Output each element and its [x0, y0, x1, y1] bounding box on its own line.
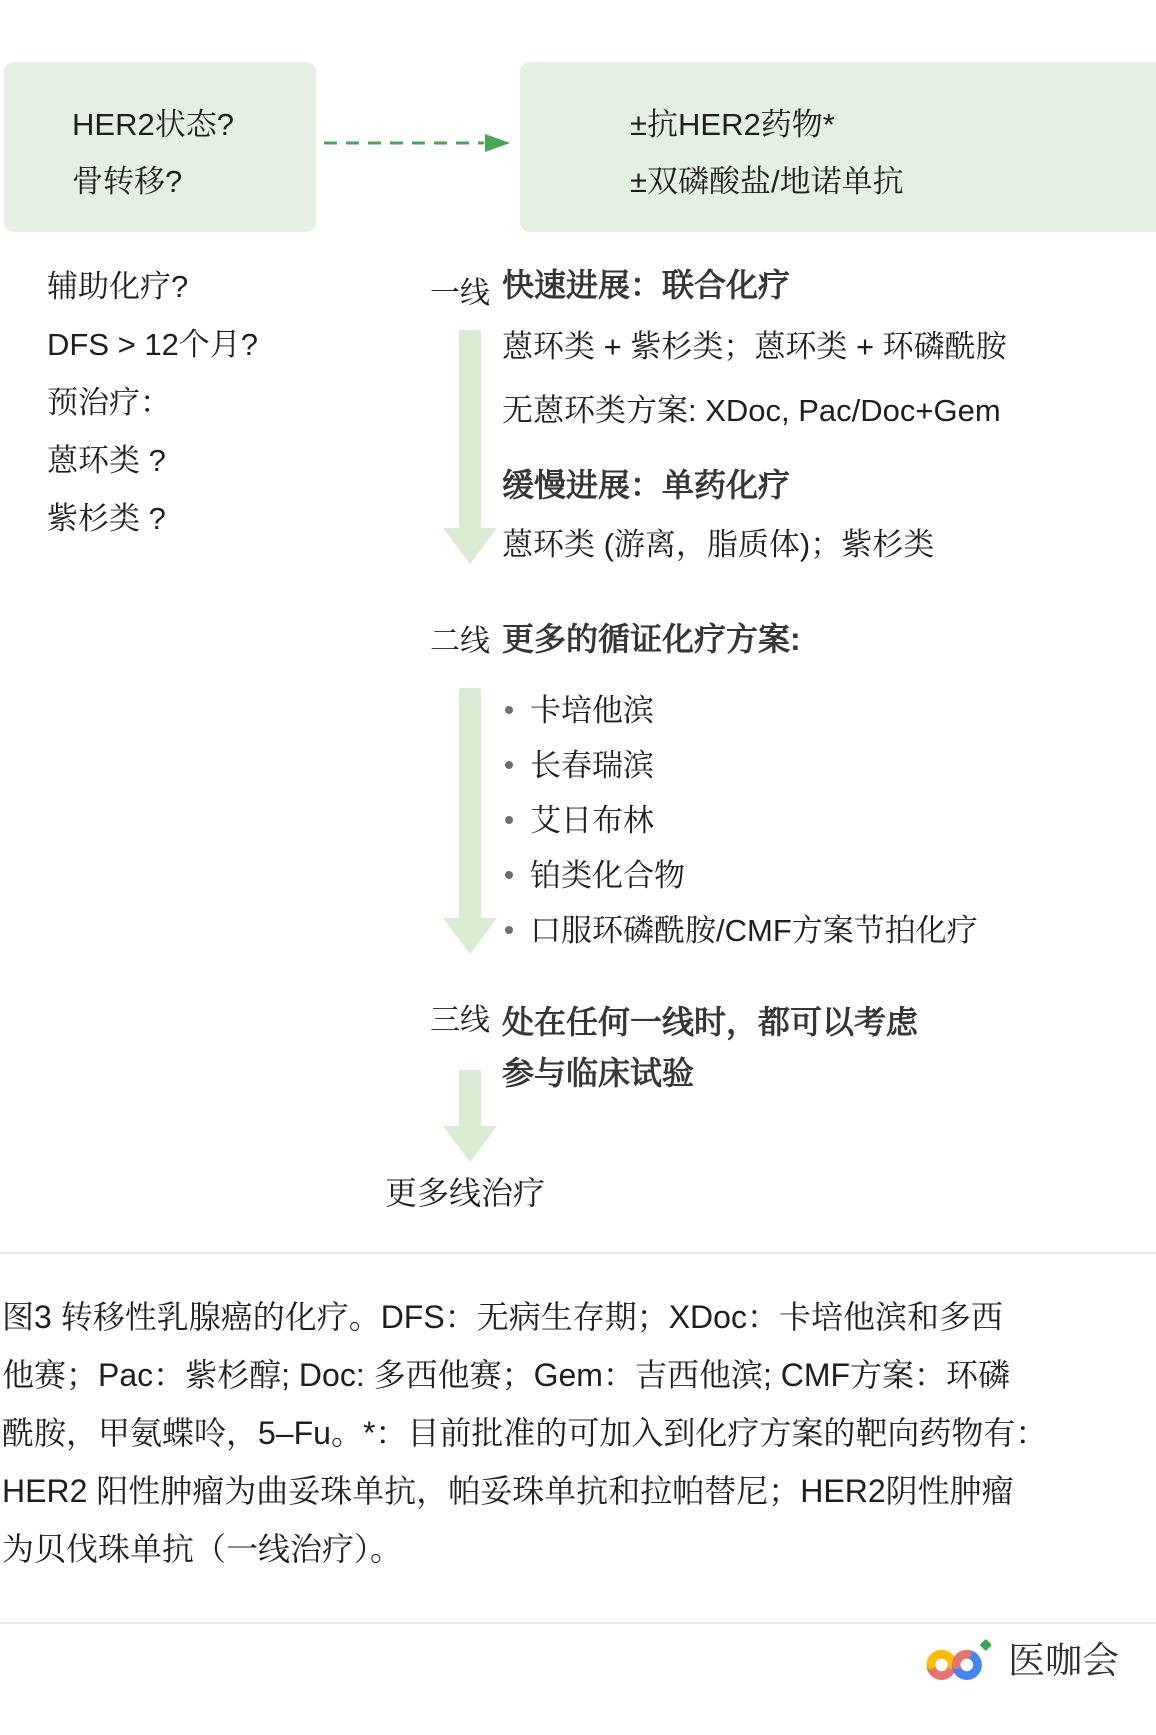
caption-line: 他赛；Pac：紫杉醇; Doc: 多西他赛；Gem：吉西他滨; CMF方案：环磷	[2, 1346, 1047, 1404]
caption-divider	[0, 1252, 1156, 1254]
bone-metastasis-line: 骨转移?	[72, 153, 316, 210]
option-label: 铂类化合物	[530, 855, 685, 897]
more-lines-label: 更多线治疗	[385, 1172, 545, 1214]
stage-label-second-line: 二线	[430, 624, 490, 660]
her2-status-line: HER2状态?	[72, 96, 316, 153]
clinical-trial-note-line2: 参与临床试验	[502, 1048, 918, 1099]
stage-label-first-line: 一线	[430, 276, 490, 312]
clinical-trial-note: 处在任何一线时，都可以考虑 参与临床试验	[502, 997, 918, 1099]
down-arrow-1-head-icon	[443, 528, 497, 564]
fast-regimen-1: 蒽环类 + 紫杉类；蒽环类 + 环磷酰胺	[502, 326, 1007, 368]
footer-divider	[0, 1622, 1156, 1624]
her2-status-box: HER2状态? 骨转移?	[4, 62, 316, 232]
anti-her2-box: ±抗HER2药物* ±双磷酸盐/地诺单抗	[520, 62, 1156, 232]
brand-logo: 医咖会	[925, 1638, 1119, 1684]
evidence-based-options-header: 更多的循证化疗方案:	[502, 618, 801, 660]
bisphosphonate-line: ±双磷酸盐/地诺单抗	[630, 153, 1156, 210]
slow-progression-header: 缓慢进展：单药化疗	[502, 464, 790, 506]
caption-line: HER2 阳性肿瘤为曲妥珠单抗，帕妥珠单抗和拉帕替尼；HER2阴性肿瘤	[2, 1462, 1047, 1520]
question-item: 预治疗：	[47, 374, 258, 432]
fast-regimen-2: 无蒽环类方案: XDoc, Pac/Doc+Gem	[502, 390, 1001, 432]
option-item: 艾日布林	[505, 800, 654, 842]
option-item: 口服环磷酰胺/CMF方案节拍化疗	[505, 910, 978, 952]
bullet-dot-icon	[505, 706, 513, 714]
question-item: 辅助化疗?	[47, 258, 258, 316]
dashed-right-arrow-icon	[322, 130, 512, 156]
question-item: 蒽环类 ?	[47, 432, 258, 490]
bullet-dot-icon	[505, 816, 513, 824]
stage-label-third-line: 三线	[430, 1003, 490, 1039]
option-label: 长春瑞滨	[530, 745, 654, 787]
option-label: 艾日布林	[530, 800, 654, 842]
question-item: 紫杉类 ?	[47, 490, 258, 548]
question-list: 辅助化疗? DFS > 12个月? 预治疗： 蒽环类 ? 紫杉类 ?	[47, 258, 258, 548]
down-arrow-3-icon	[459, 1070, 481, 1126]
option-item: 铂类化合物	[505, 855, 685, 897]
bullet-dot-icon	[505, 871, 513, 879]
option-label: 卡培他滨	[530, 690, 654, 732]
brand-name: 医咖会	[1008, 1638, 1119, 1684]
option-label: 口服环磷酰胺/CMF方案节拍化疗	[530, 910, 978, 952]
down-arrow-2-icon	[459, 688, 481, 918]
brand-infinity-icon	[925, 1638, 995, 1684]
bullet-dot-icon	[505, 926, 513, 934]
figure-caption: 图3 转移性乳腺癌的化疗。DFS：无病生存期；XDoc：卡培他滨和多西 他赛；P…	[2, 1288, 1047, 1578]
anti-her2-line: ±抗HER2药物*	[630, 96, 1156, 153]
clinical-trial-note-line1: 处在任何一线时，都可以考虑	[502, 997, 918, 1048]
caption-line: 为贝伐珠单抗（一线治疗）。	[2, 1520, 1047, 1578]
option-item: 卡培他滨	[505, 690, 654, 732]
bullet-dot-icon	[505, 761, 513, 769]
caption-line: 酰胺，甲氨蝶呤，5–Fu。*：目前批准的可加入到化疗方案的靶向药物有：	[2, 1404, 1047, 1462]
down-arrow-3-head-icon	[443, 1126, 497, 1162]
down-arrow-1-icon	[459, 330, 481, 528]
fast-progression-header: 快速进展：联合化疗	[502, 264, 790, 306]
figure-canvas: HER2状态? 骨转移? ±抗HER2药物* ±双磷酸盐/地诺单抗 辅助化疗? …	[0, 0, 1156, 1735]
slow-regimen: 蒽环类 (游离，脂质体)；紫杉类	[502, 524, 934, 566]
question-item: DFS > 12个月?	[47, 316, 258, 374]
down-arrow-2-head-icon	[443, 918, 497, 954]
option-item: 长春瑞滨	[505, 745, 654, 787]
caption-line: 图3 转移性乳腺癌的化疗。DFS：无病生存期；XDoc：卡培他滨和多西	[2, 1288, 1047, 1346]
